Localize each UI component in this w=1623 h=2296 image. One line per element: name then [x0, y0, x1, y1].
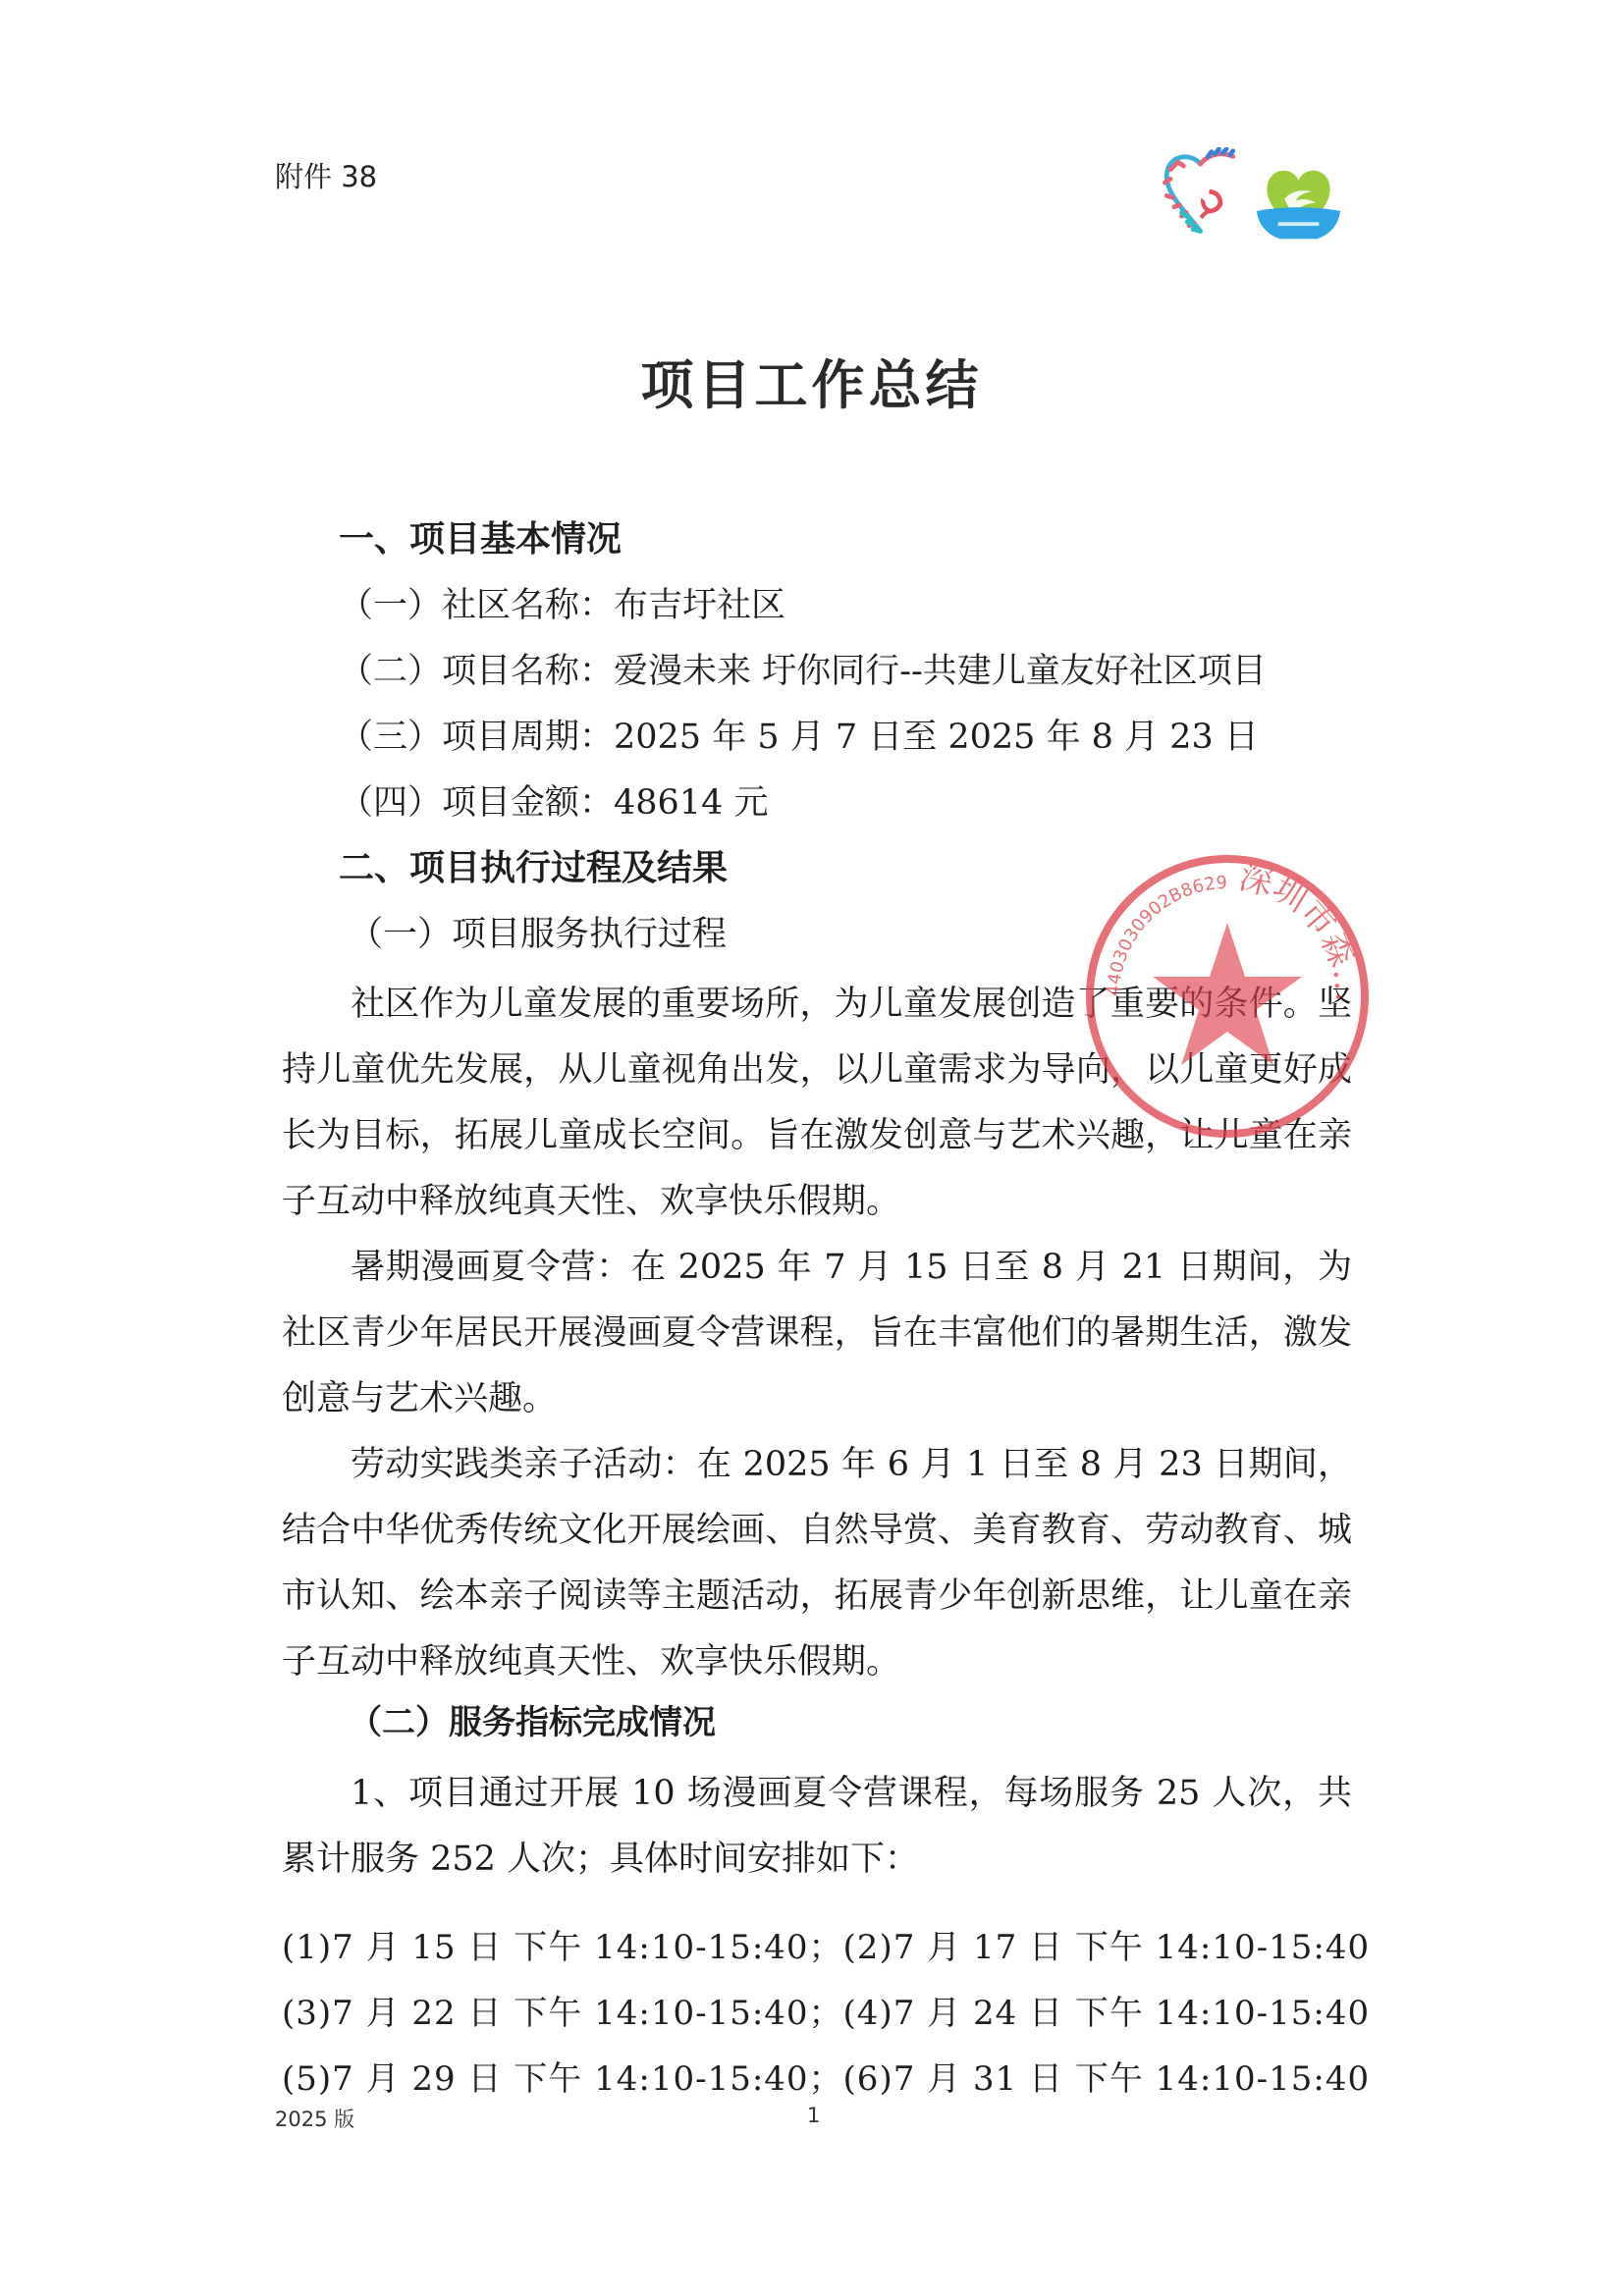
heart-party-emblem-logo	[1154, 147, 1247, 240]
community-name-item: （一）社区名称：布吉圩社区	[339, 586, 785, 625]
schedule-row: (1)7 月 15 日 下午 14:10-15:40；(2)7 月 17 日 下…	[282, 1928, 1370, 1967]
subsection-heading-process: （一）项目服务执行过程	[349, 915, 727, 954]
document-page: 附件 38 项目工作总结 一、项目基本情况 （一）社区名称：布吉圩社区 （二）项…	[0, 0, 1623, 2296]
green-heart-blue-bowl-logo	[1252, 157, 1345, 245]
paragraph-labor-activities: 劳动实践类亲子活动：在 2025 年 6 月 1 日至 8 月 23 日期间，结…	[282, 1432, 1352, 1695]
attachment-label: 附件 38	[275, 155, 377, 195]
schedule-row: (5)7 月 29 日 下午 14:10-15:40；(6)7 月 31 日 下…	[282, 2059, 1370, 2099]
section-heading-execution: 二、项目执行过程及结果	[339, 849, 728, 888]
project-name-item: （二）项目名称：爱漫未来 圩你同行--共建儿童友好社区项目	[339, 652, 1267, 691]
project-amount-item: （四）项目金额：48614 元	[339, 783, 768, 823]
paragraph-summer-camp: 暑期漫画夏令营：在 2025 年 7 月 15 日至 8 月 21 日期间，为社…	[282, 1235, 1352, 1432]
paragraph-community-intro: 社区作为儿童发展的重要场所，为儿童发展创造了重要的条件。坚持儿童优先发展，从儿童…	[282, 972, 1352, 1235]
footer-page-number: 1	[807, 2104, 820, 2127]
project-period-item: （三）项目周期：2025 年 5 月 7 日至 2025 年 8 月 23 日	[339, 718, 1259, 757]
schedule-row: (3)7 月 22 日 下午 14:10-15:40；(4)7 月 24 日 下…	[282, 1994, 1370, 2033]
footer-version: 2025 版	[275, 2104, 354, 2133]
page-title: 项目工作总结	[0, 344, 1623, 419]
subsection-heading-indicators: （二）服务指标完成情况	[349, 1703, 716, 1742]
paragraph-indicator-1: 1、项目通过开展 10 场漫画夏令营课程，每场服务 25 人次，共累计服务 25…	[282, 1761, 1352, 1893]
section-heading-basic-info: 一、项目基本情况	[339, 520, 622, 560]
